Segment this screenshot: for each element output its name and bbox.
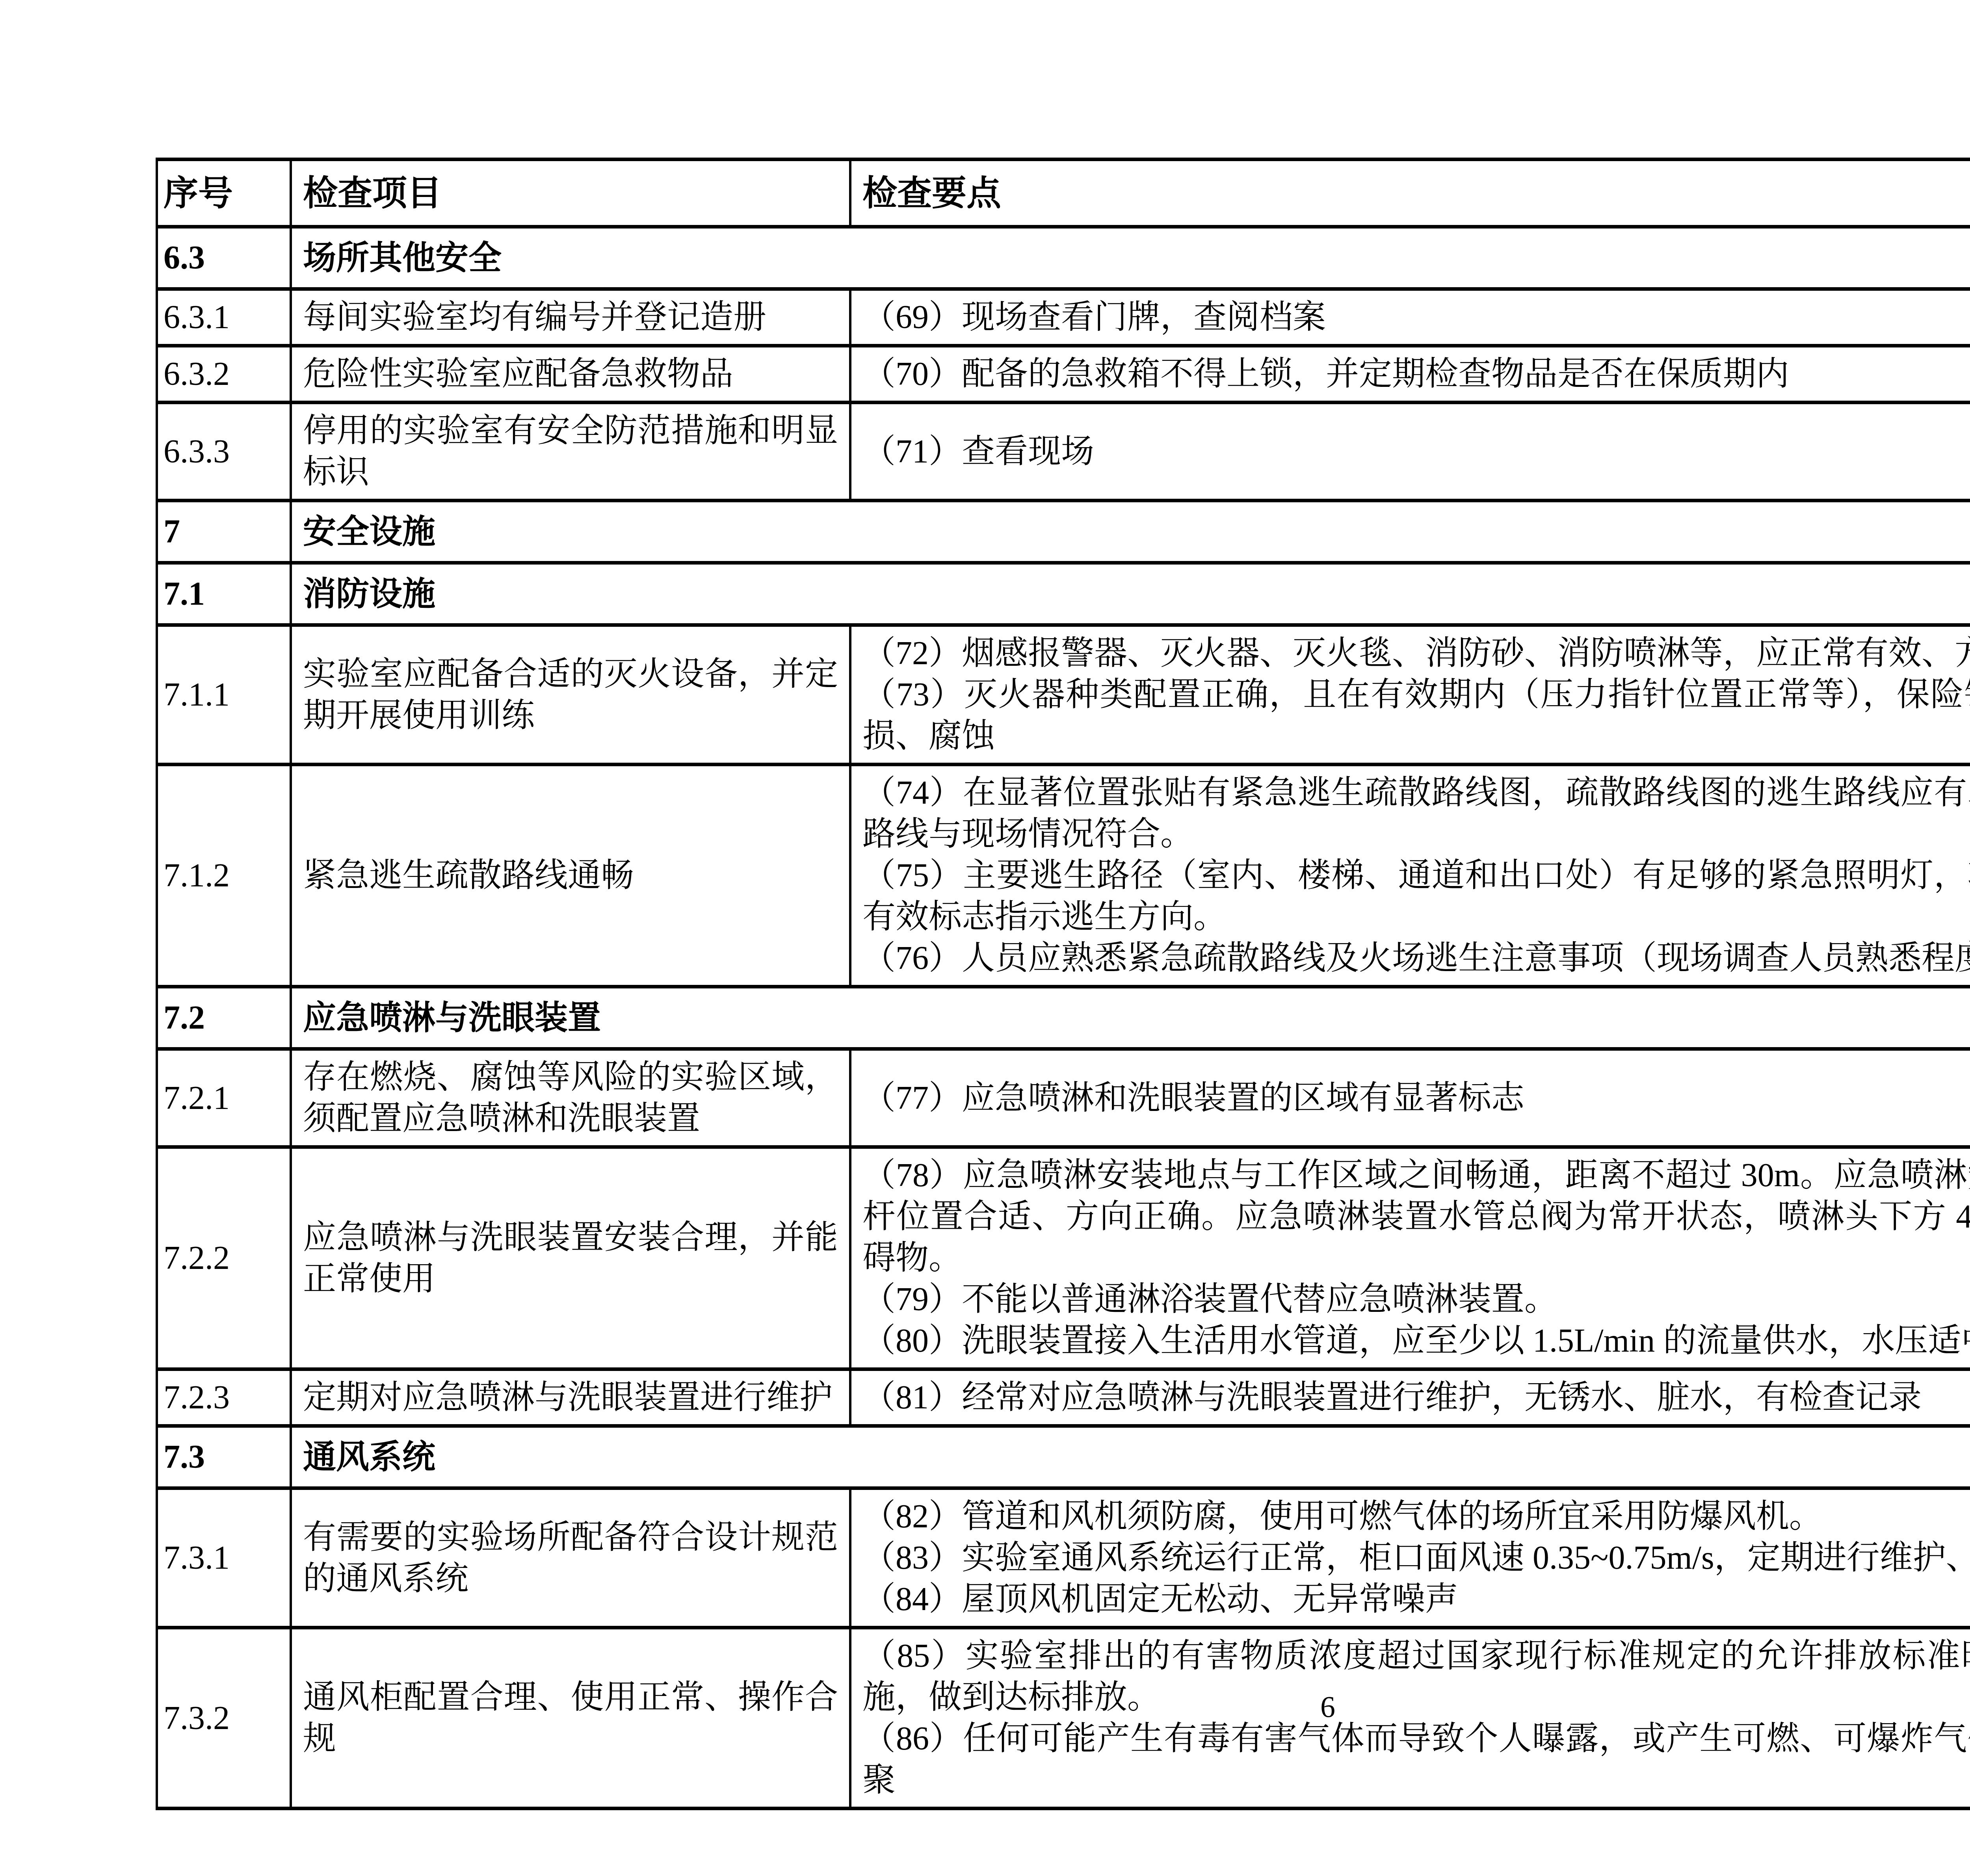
item-row-7-1-1: 7.1.1 实验室应配备合适的灭火设备，并定期开展使用训练 （72）烟感报警器、…	[157, 625, 1970, 765]
point: （78）应急喷淋安装地点与工作区域之间畅通，距离不超过 30m。应急喷淋安装位置…	[862, 1155, 1970, 1279]
section-row-7-2: 7.2 应急喷淋与洗眼装置	[157, 987, 1970, 1049]
inspection-points: （69）现场查看门牌，查阅档案	[850, 289, 1970, 346]
point: （81）经常对应急喷淋与洗眼装置进行维护，无锈水、脏水，有检查记录	[862, 1377, 1970, 1418]
section-row-7-3: 7.3 通风系统	[157, 1426, 1970, 1488]
inspection-points: （78）应急喷淋安装地点与工作区域之间畅通，距离不超过 30m。应急喷淋安装位置…	[850, 1147, 1970, 1369]
point: （70）配备的急救箱不得上锁，并定期检查物品是否在保质期内	[862, 353, 1970, 395]
point: （69）现场查看门牌，查阅档案	[862, 297, 1970, 338]
inspection-item: 有需要的实验场所配备符合设计规范的通风系统	[291, 1488, 850, 1628]
header-no: 序号	[157, 160, 291, 227]
point: （77）应急喷淋和洗眼装置的区域有显著标志	[862, 1077, 1970, 1119]
inspection-points: （71）查看现场	[850, 403, 1970, 501]
inspection-item: 定期对应急喷淋与洗眼装置进行维护	[291, 1369, 850, 1426]
inspection-item: 危险性实验室应配备急救物品	[291, 346, 850, 403]
inspection-points: （82）管道和风机须防腐，使用可燃气体的场所宜采用防爆风机。 （83）实验室通风…	[850, 1488, 1970, 1628]
item-row-6-3-3: 6.3.3 停用的实验室有安全防范措施和明显标识 （71）查看现场	[157, 403, 1970, 501]
row-number: 6.3.3	[157, 403, 291, 501]
section-row-6-3: 6.3 场所其他安全	[157, 227, 1970, 289]
row-number: 7.2.3	[157, 1369, 291, 1426]
section-row-7: 7 安全设施	[157, 501, 1970, 563]
row-number: 6.3.1	[157, 289, 291, 346]
row-number: 7.3.1	[157, 1488, 291, 1628]
page-number: 6	[156, 1690, 1970, 1724]
row-number: 6.3.2	[157, 346, 291, 403]
section-row-7-1: 7.1 消防设施	[157, 563, 1970, 625]
document-page: 序号 检查项目 检查要点 情况记录 6.3 场所其他安全 6.3.1 每间实验室…	[0, 0, 1970, 1876]
section-title: 场所其他安全	[291, 227, 1970, 289]
row-number: 7.3	[157, 1426, 291, 1488]
item-row-7-2-2: 7.2.2 应急喷淋与洗眼装置安装合理，并能正常使用 （78）应急喷淋安装地点与…	[157, 1147, 1970, 1369]
point: （76）人员应熟悉紧急疏散路线及火场逃生注意事项（现场调查人员熟悉程度）	[862, 938, 1970, 979]
point: （83）实验室通风系统运行正常，柜口面风速 0.35~0.75m/s，定期进行维…	[862, 1537, 1970, 1579]
inspection-item: 实验室应配备合适的灭火设备，并定期开展使用训练	[291, 625, 850, 765]
item-row-6-3-1: 6.3.1 每间实验室均有编号并登记造册 （69）现场查看门牌，查阅档案	[157, 289, 1970, 346]
inspection-points: （74）在显著位置张贴有紧急逃生疏散路线图，疏散路线图的逃生路线应有二条（含）以…	[850, 765, 1970, 987]
header-points: 检查要点	[850, 160, 1970, 227]
row-number: 7.2.2	[157, 1147, 291, 1369]
point: （75）主要逃生路径（室内、楼梯、通道和出口处）有足够的紧急照明灯，功能正常，并…	[862, 855, 1970, 938]
point: （79）不能以普通淋浴装置代替应急喷淋装置。	[862, 1279, 1970, 1320]
inspection-points: （81）经常对应急喷淋与洗眼装置进行维护，无锈水、脏水，有检查记录	[850, 1369, 1970, 1426]
item-row-7-2-3: 7.2.3 定期对应急喷淋与洗眼装置进行维护 （81）经常对应急喷淋与洗眼装置进…	[157, 1369, 1970, 1426]
row-number: 7.1.1	[157, 625, 291, 765]
point: （72）烟感报警器、灭火器、灭火毯、消防砂、消防喷淋等，应正常有效、方便取用。	[862, 633, 1970, 674]
point: （74）在显著位置张贴有紧急逃生疏散路线图，疏散路线图的逃生路线应有二条（含）以…	[862, 772, 1970, 855]
point: （80）洗眼装置接入生活用水管道，应至少以 1.5L/min 的流量供水，水压适…	[862, 1320, 1970, 1361]
section-title: 通风系统	[291, 1426, 1970, 1488]
inspection-item: 应急喷淋与洗眼装置安装合理，并能正常使用	[291, 1147, 850, 1369]
item-row-6-3-2: 6.3.2 危险性实验室应配备急救物品 （70）配备的急救箱不得上锁，并定期检查…	[157, 346, 1970, 403]
item-row-7-3-1: 7.3.1 有需要的实验场所配备符合设计规范的通风系统 （82）管道和风机须防腐…	[157, 1488, 1970, 1628]
header-item: 检查项目	[291, 160, 850, 227]
row-number: 7	[157, 501, 291, 563]
item-row-7-1-2: 7.1.2 紧急逃生疏散路线通畅 （74）在显著位置张贴有紧急逃生疏散路线图，疏…	[157, 765, 1970, 987]
point: （73）灭火器种类配置正确，且在有效期内（压力指针位置正常等），保险销正常，瓶身…	[862, 674, 1970, 757]
point: （84）屋顶风机固定无松动、无异常噪声	[862, 1579, 1970, 1620]
inspection-points: （70）配备的急救箱不得上锁，并定期检查物品是否在保质期内	[850, 346, 1970, 403]
row-number: 7.1.2	[157, 765, 291, 987]
row-number: 7.2	[157, 987, 291, 1049]
row-number: 7.1	[157, 563, 291, 625]
inspection-item: 紧急逃生疏散路线通畅	[291, 765, 850, 987]
row-number: 6.3	[157, 227, 291, 289]
section-title: 消防设施	[291, 563, 1970, 625]
inspection-item: 每间实验室均有编号并登记造册	[291, 289, 850, 346]
inspection-item: 停用的实验室有安全防范措施和明显标识	[291, 403, 850, 501]
item-row-7-2-1: 7.2.1 存在燃烧、腐蚀等风险的实验区域，须配置应急喷淋和洗眼装置 （77）应…	[157, 1049, 1970, 1147]
inspection-item: 存在燃烧、腐蚀等风险的实验区域，须配置应急喷淋和洗眼装置	[291, 1049, 850, 1147]
point: （86）任何可能产生有毒有害气体而导致个人曝露，或产生可燃、可爆炸气体或蒸气而导…	[862, 1718, 1970, 1801]
table-header-row: 序号 检查项目 检查要点 情况记录	[157, 160, 1970, 227]
inspection-points: （77）应急喷淋和洗眼装置的区域有显著标志	[850, 1049, 1970, 1147]
point: （82）管道和风机须防腐，使用可燃气体的场所宜采用防爆风机。	[862, 1496, 1970, 1537]
inspection-checklist-table: 序号 检查项目 检查要点 情况记录 6.3 场所其他安全 6.3.1 每间实验室…	[156, 158, 1970, 1810]
row-number: 7.2.1	[157, 1049, 291, 1147]
inspection-points: （72）烟感报警器、灭火器、灭火毯、消防砂、消防喷淋等，应正常有效、方便取用。 …	[850, 625, 1970, 765]
section-title: 安全设施	[291, 501, 1970, 563]
point: （71）查看现场	[862, 431, 1970, 472]
section-title: 应急喷淋与洗眼装置	[291, 987, 1970, 1049]
